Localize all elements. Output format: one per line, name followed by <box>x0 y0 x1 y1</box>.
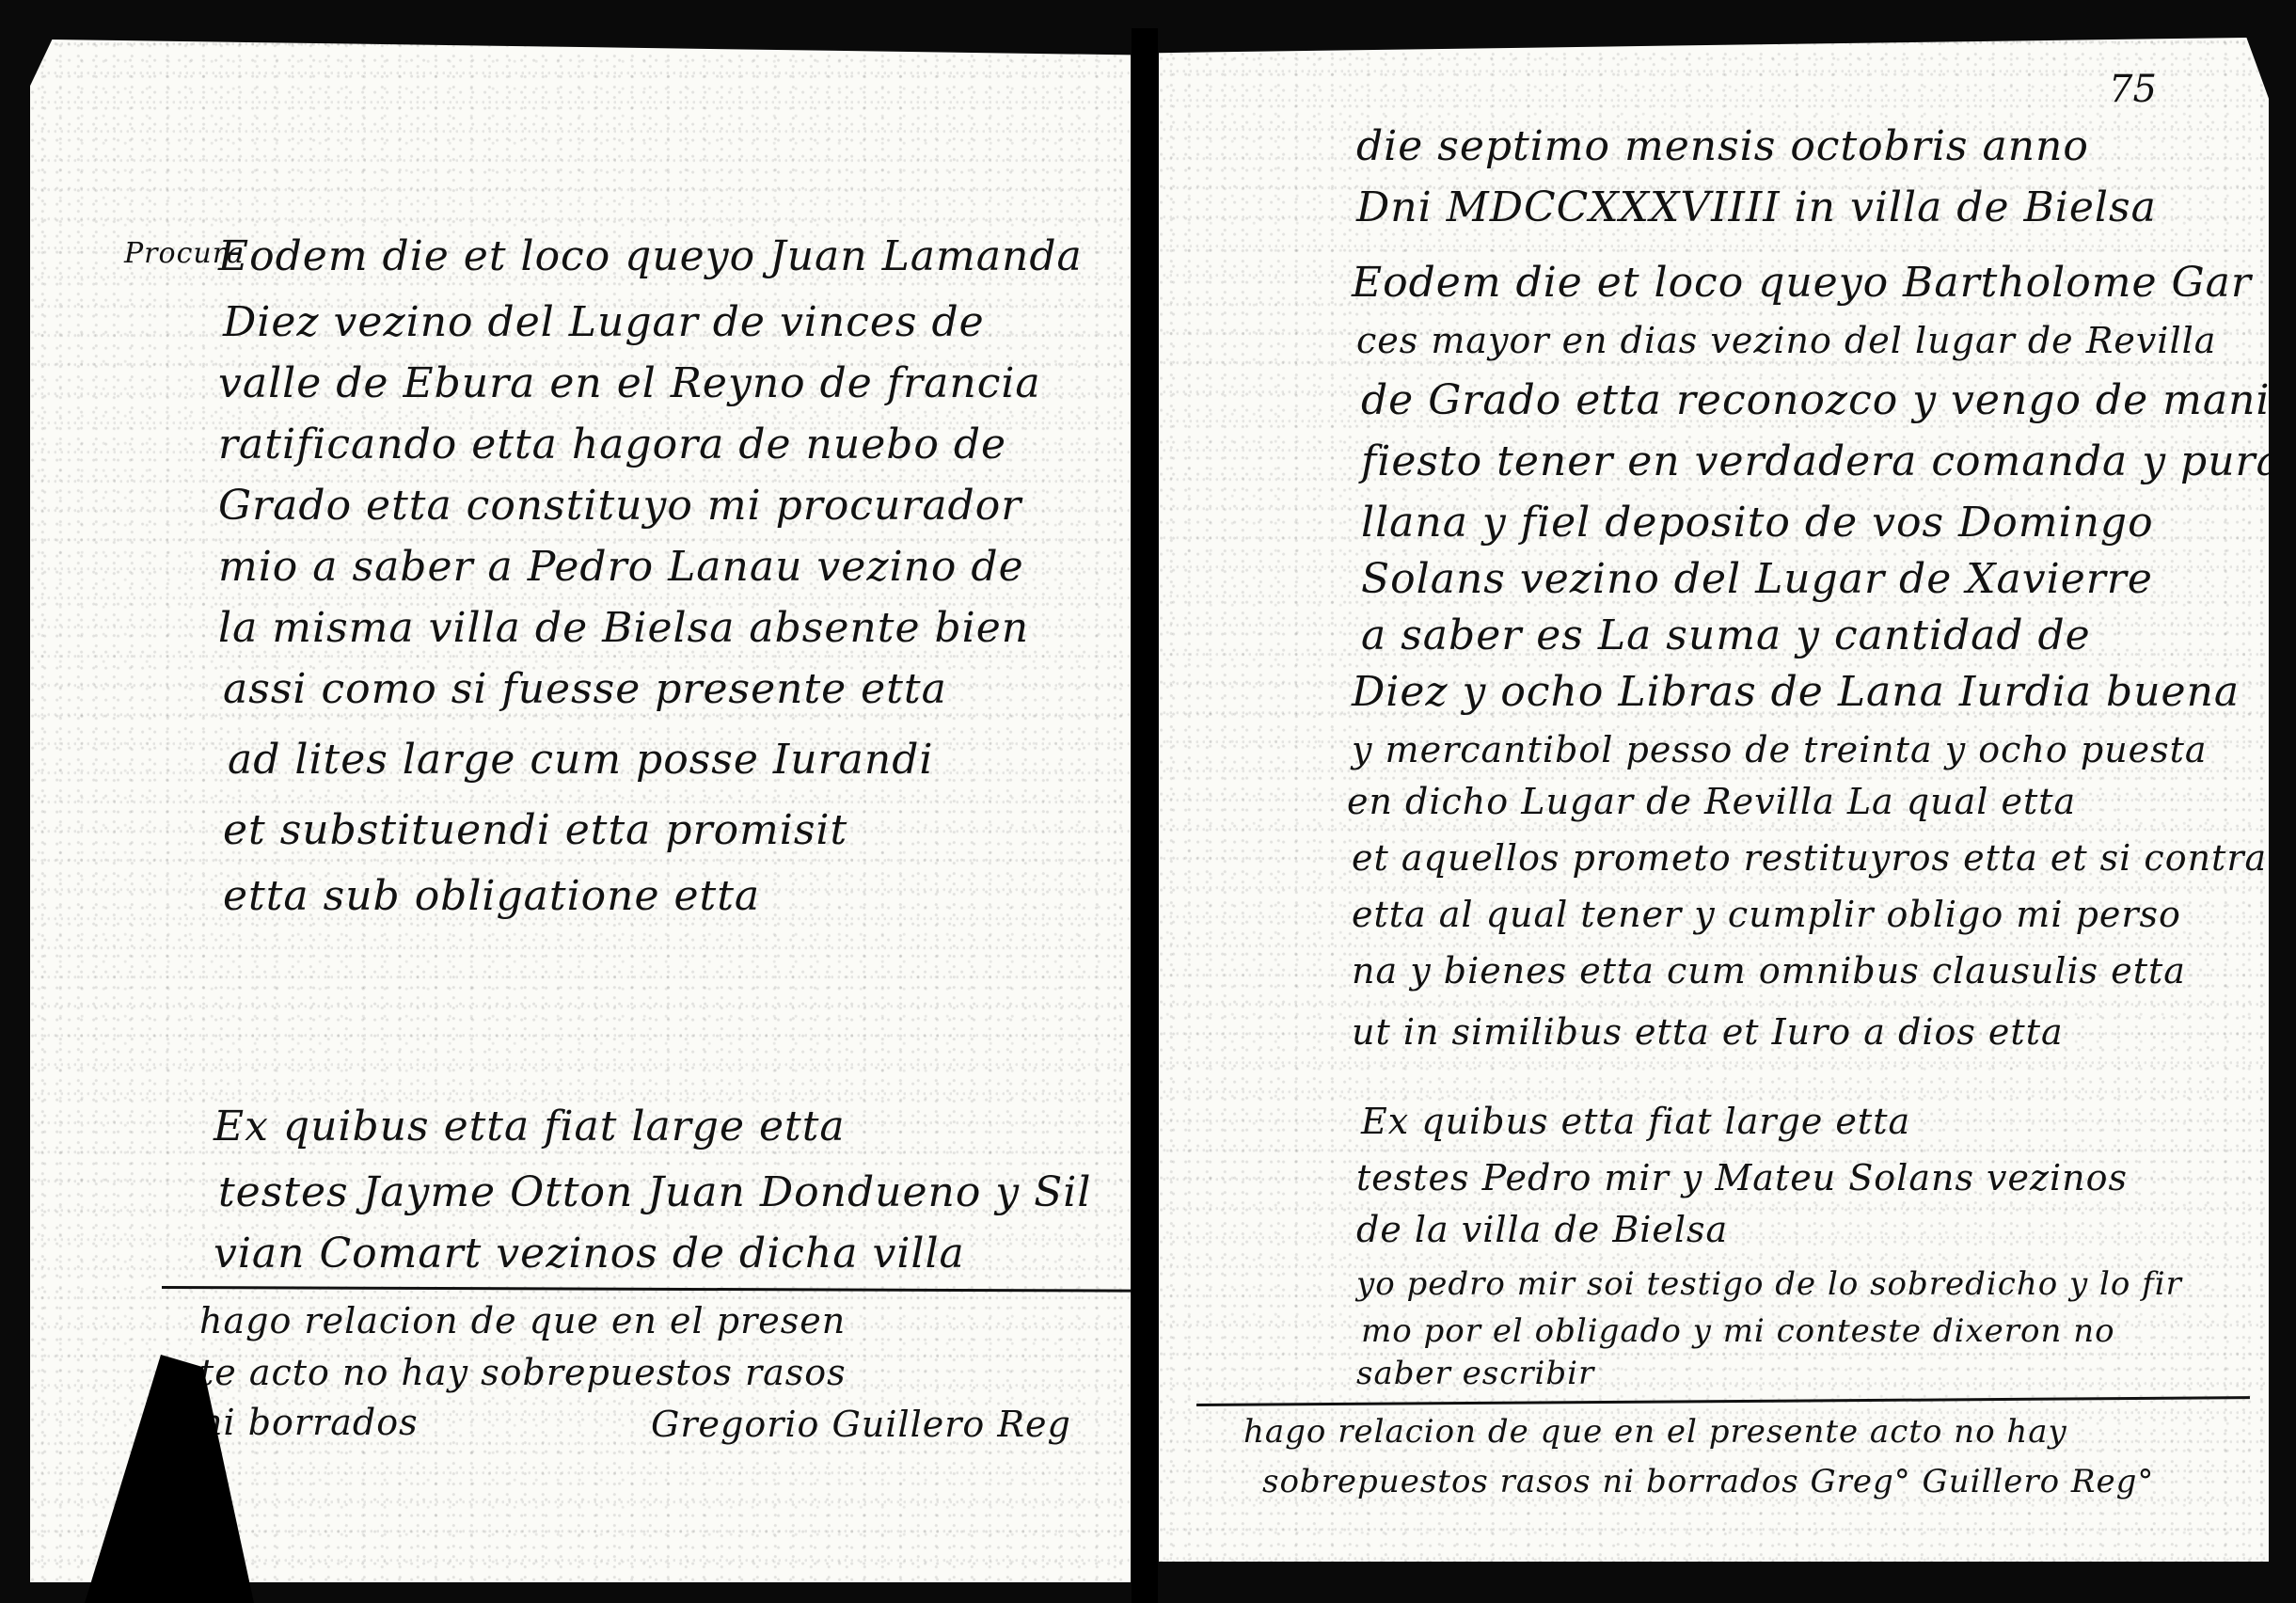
text-line: die septimo mensis octobris anno <box>1356 122 2089 170</box>
text-line: fiesto tener en verdadera comanda y pura <box>1361 437 2282 485</box>
text-line: hago relacion de que en el presen <box>199 1300 846 1341</box>
text-line: ces mayor en dias vezino del lugar de Re… <box>1356 320 2216 361</box>
text-line: sobrepuestos rasos ni borrados Greg° Gui… <box>1262 1463 2154 1500</box>
book-gutter <box>1132 28 1158 1603</box>
text-line: mio a saber a Pedro Lanau vezino de <box>218 543 1024 591</box>
text-line: yo pedro mir soi testigo de lo sobredich… <box>1356 1265 2182 1303</box>
text-line: et substituendi etta promisit <box>223 806 847 854</box>
folio-number: 75 <box>2109 68 2157 111</box>
text-line: hago relacion de que en el presente acto… <box>1243 1413 2067 1451</box>
text-line: Solans vezino del Lugar de Xavierre <box>1361 555 2153 603</box>
text-line: Ex quibus etta fiat large etta <box>214 1103 846 1151</box>
text-line: a saber es La suma y cantidad de <box>1361 611 2091 659</box>
text-line: etta al qual tener y cumplir obligo mi p… <box>1352 894 2181 935</box>
text-line: Diez vezino del Lugar de vinces de <box>223 298 985 346</box>
left-page: Procura Eodem die et loco queyo Juan Lam… <box>30 40 1131 1582</box>
text-line: de la villa de Bielsa <box>1356 1209 1728 1250</box>
text-line: testes Jayme Otton Juan Dondueno y Sil <box>218 1168 1091 1216</box>
right-page: 75 die septimo mensis octobris anno Dni … <box>1159 38 2269 1562</box>
text-line: na y bienes etta cum omnibus clausulis e… <box>1352 950 2186 992</box>
text-line: Grado etta constituyo mi procurador <box>218 482 1021 530</box>
text-line: Eodem die et loco queyo Bartholome Gar <box>1352 259 2252 307</box>
text-line: etta sub obligatione etta <box>223 872 760 920</box>
text-line: la misma villa de Bielsa absente bien <box>218 604 1029 652</box>
text-line: ni borrados <box>199 1402 419 1443</box>
text-line: mo por el obligado y mi conteste dixeron… <box>1361 1312 2115 1350</box>
text-line: te acto no hay sobrepuestos rasos <box>199 1352 847 1393</box>
text-line: de Grado etta reconozco y vengo de mani <box>1361 376 2270 424</box>
text-line: Eodem die et loco queyo Juan Lamanda <box>218 232 1083 280</box>
text-line: llana y fiel deposito de vos Domingo <box>1361 499 2154 547</box>
text-line: y mercantibol pesso de treinta y ocho pu… <box>1352 729 2208 770</box>
text-line: valle de Ebura en el Reyno de francia <box>218 359 1041 407</box>
text-line: testes Pedro mir y Mateu Solans vezinos <box>1356 1157 2128 1198</box>
text-line: en dicho Lugar de Revilla La qual etta <box>1347 781 2076 822</box>
text-line: ad lites large cum posse Iurandi <box>228 736 933 784</box>
text-line: ratificando etta hagora de nuebo de <box>218 421 1006 468</box>
text-line: vian Comart vezinos de dicha villa <box>214 1230 965 1278</box>
text-line: Dni MDCCXXXVIIII in villa de Bielsa <box>1356 183 2157 231</box>
text-line: saber escribir <box>1356 1355 1594 1392</box>
text-line: Diez y ocho Libras de Lana Iurdia buena <box>1352 668 2240 716</box>
text-line: ut in similibus etta et Iuro a dios etta <box>1352 1011 2064 1053</box>
divider-rule <box>162 1286 1131 1293</box>
notary-signature: Gregorio Guillero Reg <box>651 1404 1071 1445</box>
text-line: assi como si fuesse presente etta <box>223 665 947 713</box>
text-line: et aquellos prometo restituyros etta et … <box>1352 837 2267 879</box>
text-line: Ex quibus etta fiat large etta <box>1361 1101 1910 1142</box>
divider-rule <box>1196 1396 2250 1406</box>
